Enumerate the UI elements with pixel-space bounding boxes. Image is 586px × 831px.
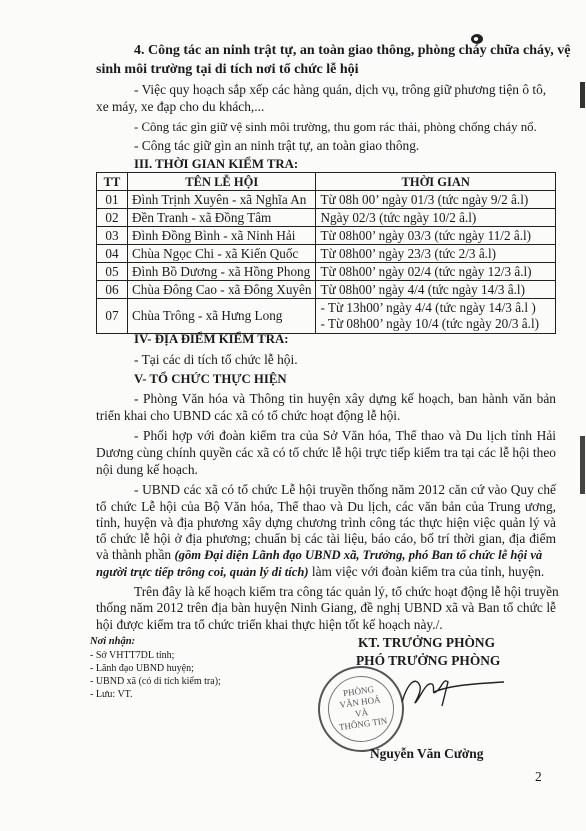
section-4-heading-cont: sinh môi trường tại di tích nơi tổ chức … — [96, 62, 359, 78]
section-v-p3-emphasis: (gồm Đại diện Lãnh đạo UBND xã, Trưởng, … — [174, 548, 542, 562]
cell-name: Chùa Ngọc Chi - xã Kiến Quốc — [128, 245, 316, 263]
section-4-item-2: - Công tác gìn giữ vệ sinh môi trường, t… — [134, 119, 537, 135]
section-v-p3-line: người trực tiếp trông coi, quản lý di tí… — [96, 564, 544, 580]
section-v-p3-emphasis: người trực tiếp trông coi, quản lý di tí… — [96, 565, 309, 579]
section-4-item-1: - Việc quy hoạch sắp xếp các hàng quán, … — [134, 82, 546, 98]
signature-icon — [398, 672, 508, 712]
table-row: 05 Đình Bồ Dương - xã Hồng Phong Từ 08h0… — [97, 263, 556, 281]
section-iv-heading: IV- ĐỊA ĐIỂM KIỂM TRA: — [134, 331, 289, 347]
section-v-p3-line: và thành phần (gồm Đại diện Lãnh đạo UBN… — [96, 547, 542, 563]
cell-tt: 03 — [97, 227, 128, 245]
table-row: 04 Chùa Ngọc Chi - xã Kiến Quốc Từ 08h00… — [97, 245, 556, 263]
cell-tt: 04 — [97, 245, 128, 263]
table-row: 02 Đền Tranh - xã Đồng Tâm Ngày 02/3 (tứ… — [97, 209, 556, 227]
stamp-text: PHÒNG — [317, 681, 400, 703]
document-page: 4. Công tác an ninh trật tự, an toàn gia… — [0, 0, 586, 831]
section-v-heading: V- TỔ CHỨC THỰC HIỆN — [134, 371, 287, 387]
cell-name: Đền Tranh - xã Đồng Tâm — [128, 209, 316, 227]
section-v-p2-line: - Phối hợp với đoàn kiểm tra của Sở Văn … — [134, 428, 556, 444]
closing-line: Trên đây là kế hoạch kiểm tra công tác q… — [134, 584, 556, 600]
recipient-item: - Lãnh đạo UBND huyện; — [90, 663, 194, 675]
schedule-table: TT TÊN LỄ HỘI THỜI GIAN 01 Đình Trịnh Xu… — [96, 172, 556, 334]
cell-tt: 05 — [97, 263, 128, 281]
cell-time: Từ 08h00’ ngày 02/4 (tức ngày 12/3 â.l) — [316, 263, 556, 281]
section-4-heading: 4. Công tác an ninh trật tự, an toàn gia… — [134, 43, 570, 59]
column-header-tt: TT — [97, 173, 128, 191]
closing-line: thống năm 2012 trên địa bàn huyện Ninh G… — [96, 600, 556, 616]
cell-time: Từ 08h 00’ ngày 01/3 (tức ngày 9/2 â.l) — [316, 191, 556, 209]
cell-name: Đình Trịnh Xuyên - xã Nghĩa An — [128, 191, 316, 209]
cell-name: Chùa Trông - xã Hưng Long — [128, 299, 316, 334]
stamp-text: VĂN HOÁ — [319, 691, 402, 713]
cell-tt: 02 — [97, 209, 128, 227]
table-header-row: TT TÊN LỄ HỘI THỜI GIAN — [97, 173, 556, 191]
section-4-item-3: - Công tác giữ gìn an ninh trật tự, an t… — [134, 138, 419, 154]
section-v-p2-line: nội dung kế hoạch. — [96, 462, 198, 478]
scan-edge-mark — [580, 82, 585, 108]
table-row: 03 Đình Đồng Bình - xã Ninh Hải Từ 08h00… — [97, 227, 556, 245]
signature-title: KT. TRƯỞNG PHÒNG — [358, 635, 495, 651]
cell-name: Đình Đồng Bình - xã Ninh Hải — [128, 227, 316, 245]
cell-name: Chùa Đông Cao - xã Đông Xuyên — [128, 281, 316, 299]
cell-tt: 06 — [97, 281, 128, 299]
table-row: 06 Chùa Đông Cao - xã Đông Xuyên Từ 08h0… — [97, 281, 556, 299]
closing-line: hội được kiểm tra tổ chức triển khai thự… — [96, 617, 443, 633]
signature-subtitle: PHÓ TRƯỞNG PHÒNG — [356, 653, 500, 669]
cell-time: Từ 08h00’ ngày 23/3 (tức 2/3 â.l) — [316, 245, 556, 263]
official-stamp: PHÒNG VĂN HOÁ VÀ THÔNG TIN — [312, 660, 409, 757]
section-v-p2-line: Dương cùng chính quyền các xã có tổ chức… — [96, 445, 556, 461]
section-v-p3-line: tỉnh, huyện và địa phương xây dựng chươn… — [96, 515, 556, 531]
section-v-p3-text: làm việc với đoàn kiểm tra của tỉnh, huy… — [309, 564, 545, 579]
scan-edge-mark — [580, 436, 585, 494]
signer-name: Nguyễn Văn Cường — [370, 746, 483, 762]
table-row: 01 Đình Trịnh Xuyên - xã Nghĩa An Từ 08h… — [97, 191, 556, 209]
section-v-p3-text: và thành phần — [96, 547, 174, 562]
section-v-p1-line: triển khai cho UBND các xã có tổ chức ho… — [96, 408, 400, 424]
cell-name: Đình Bồ Dương - xã Hồng Phong — [128, 263, 316, 281]
stamp-text: VÀ — [320, 702, 403, 724]
stamp-text: THÔNG TIN — [322, 713, 405, 735]
table-row: 07 Chùa Trông - xã Hưng Long - Từ 13h00’… — [97, 299, 556, 334]
section-3-heading: III. THỜI GIAN KIỂM TRA: — [134, 156, 298, 172]
recipients-label: Nơi nhận: — [90, 636, 135, 648]
cell-time: - Từ 13h00’ ngày 4/4 (tức ngày 14/3 â.l … — [316, 299, 556, 334]
section-v-p1-line: - Phòng Văn hóa và Thông tin huyện xây d… — [134, 391, 556, 407]
cell-time: Từ 08h00’ ngày 03/3 (tức ngày 11/2 â.l) — [316, 227, 556, 245]
recipient-item: - UBND xã (có di tích kiểm tra); — [90, 676, 221, 688]
cell-tt: 07 — [97, 299, 128, 334]
page-number: 2 — [535, 769, 542, 785]
section-iv-item: - Tại các di tích tổ chức lễ hội. — [134, 352, 298, 368]
cell-time: Ngày 02/3 (tức ngày 10/2 â.l) — [316, 209, 556, 227]
cell-time-line: - Từ 08h00’ ngày 10/4 (tức ngày 20/3 â.l… — [320, 316, 551, 332]
column-header-time: THỜI GIAN — [316, 173, 556, 191]
recipient-item: - Lưu: VT. — [90, 689, 133, 701]
section-v-p3-line: tổ chức lễ hội ở địa phương; chuẩn bị cá… — [96, 531, 556, 547]
section-4-item-1-cont: xe máy, xe đạp cho du khách,... — [96, 99, 264, 115]
section-v-p3-line: tổ chức Lễ hội của Bộ Văn hóa, Thể thao … — [96, 499, 556, 515]
cell-tt: 01 — [97, 191, 128, 209]
cell-time-line: - Từ 13h00’ ngày 4/4 (tức ngày 14/3 â.l … — [320, 300, 551, 316]
recipient-item: - Sở VHTT7DL tỉnh; — [90, 650, 174, 662]
cell-time: Từ 08h00’ ngày 4/4 (tức ngày 14/3 â.l) — [316, 281, 556, 299]
section-v-p3-line: - UBND các xã có tổ chức Lễ hội truyền t… — [134, 482, 556, 498]
column-header-name: TÊN LỄ HỘI — [128, 173, 316, 191]
